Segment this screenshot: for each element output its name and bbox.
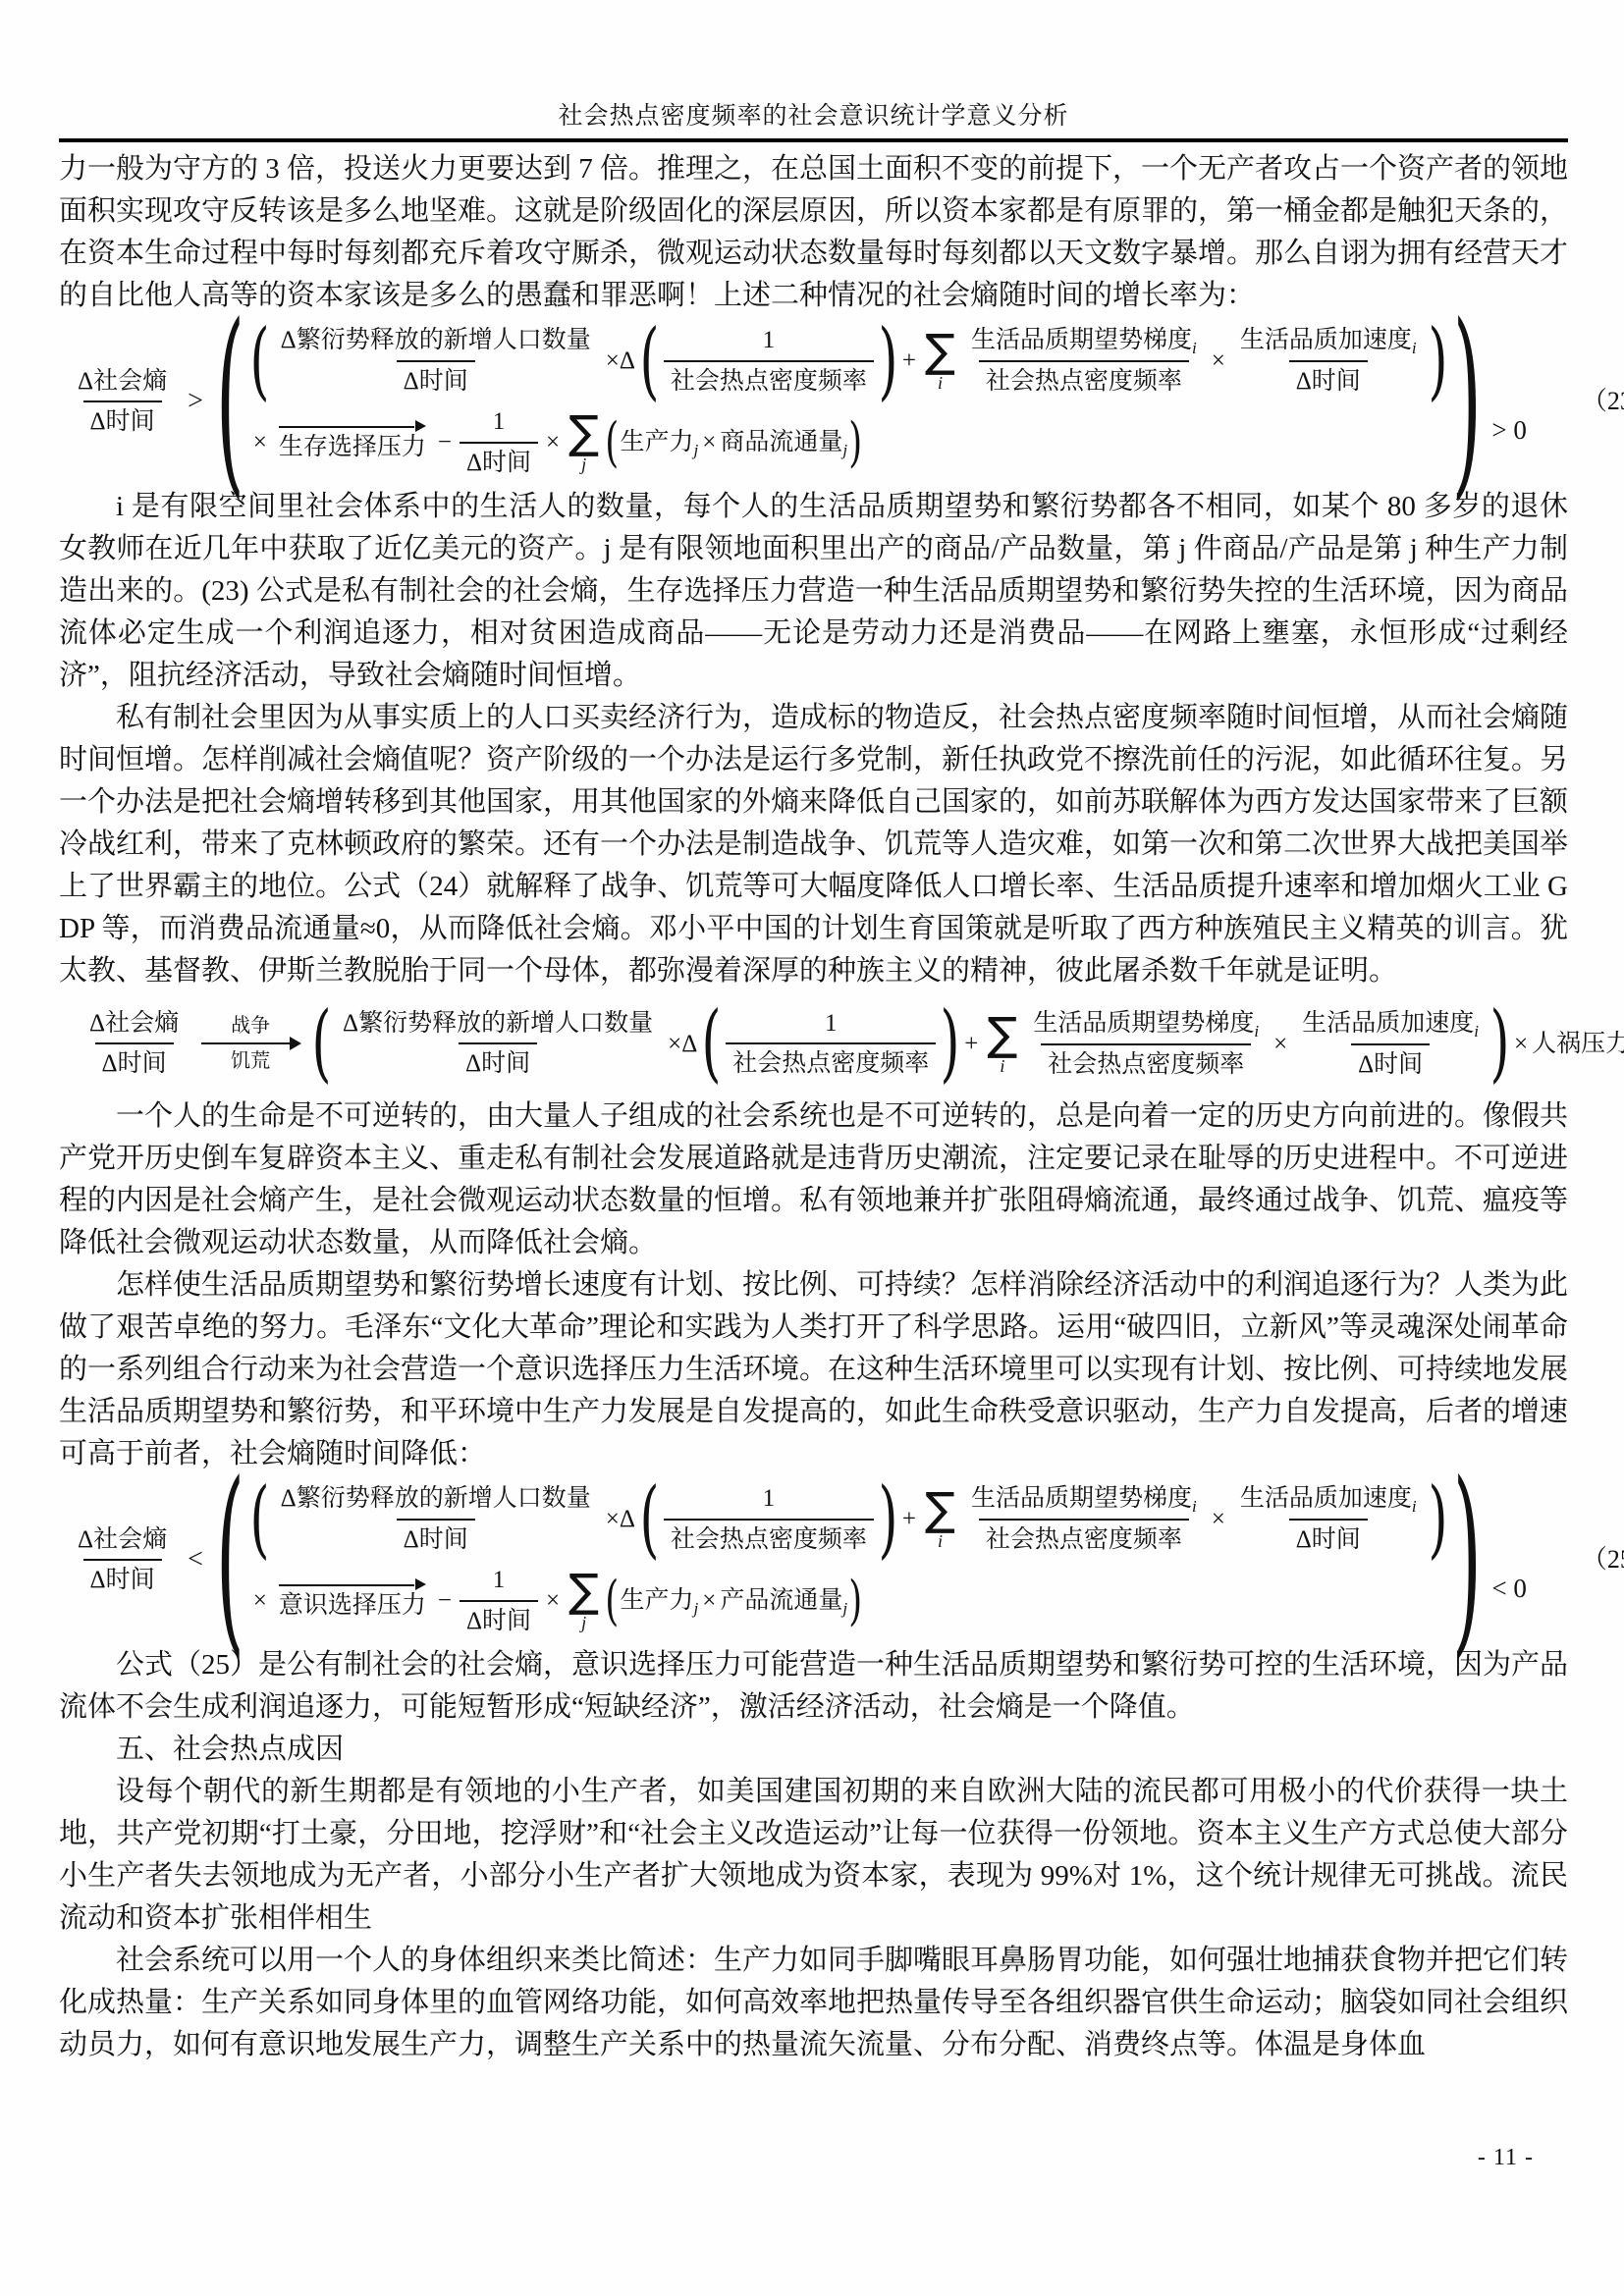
parenthesis: (	[639, 318, 659, 402]
parenthesis: (	[249, 318, 269, 402]
formula-term: 人祸压力	[1532, 1029, 1624, 1059]
fraction: 1社会热点密度频率	[664, 325, 874, 397]
relation-result: > 0	[1491, 414, 1526, 448]
parenthesis: )	[848, 415, 862, 469]
fraction: Δ繁衍势释放的新增人口数量Δ时间	[336, 1008, 660, 1080]
summation: ∑i	[925, 330, 955, 393]
fraction-denominator: Δ时间	[397, 360, 475, 397]
operator: +	[902, 346, 916, 376]
formula-25: Δ社会熵Δ时间<((Δ繁衍势释放的新增人口数量Δ时间×Δ(1社会热点密度频率)+…	[67, 1483, 1568, 1636]
operator: ×	[253, 1585, 267, 1616]
fraction: 1Δ时间	[460, 406, 538, 478]
subscript: i	[1412, 339, 1417, 357]
summation: ∑j	[568, 1570, 599, 1632]
fraction-denominator: 社会热点密度频率	[1041, 1043, 1251, 1080]
operator: +	[902, 1504, 916, 1534]
parenthesis: (	[249, 1476, 269, 1561]
paragraph-3: 私有制社会里因为从事实质上的人口买卖经济行为，造成标的物造反，社会热点密度频率随…	[59, 697, 1568, 992]
subscript: i	[1254, 1022, 1259, 1041]
document-body: 力一般为守方的 3 倍，投送火力更要达到 7 倍。推理之，在总国土面积不变的前提…	[59, 142, 1568, 2066]
operator: ×	[702, 1585, 716, 1616]
section-heading: 五、社会热点成因	[59, 1729, 1568, 1771]
fraction: Δ社会熵Δ时间	[71, 1524, 174, 1596]
paragraph-1: 力一般为守方的 3 倍，投送火力更要达到 7 倍。推理之，在总国土面积不变的前提…	[59, 148, 1568, 317]
fraction-numerator: 1	[756, 325, 783, 359]
operator: ×Δ	[668, 1029, 697, 1059]
formula-term: 生产力j	[621, 1585, 699, 1617]
formula-row: (Δ繁衍势释放的新增人口数量Δ时间×Δ(1社会热点密度频率)+∑i生活品质期望势…	[249, 1483, 1448, 1555]
operator: ×	[1273, 1029, 1287, 1059]
fraction-denominator: Δ时间	[1351, 1043, 1430, 1080]
subscript: j	[694, 441, 699, 459]
fraction-denominator: Δ时间	[397, 1519, 475, 1555]
fraction-denominator: 社会热点密度频率	[979, 1519, 1189, 1555]
fraction-numerator: 生活品质期望势梯度i	[964, 325, 1204, 360]
parenthesis: (	[605, 1574, 619, 1628]
subscript: i	[1474, 1022, 1479, 1041]
parenthesis: )	[1452, 1459, 1481, 1661]
fraction-numerator: 生活品质期望势梯度i	[1026, 1008, 1266, 1043]
fraction-numerator: 生活品质加速度i	[1233, 325, 1424, 360]
formula-row: ×意识选择压力−1Δ时间×∑j(生产力j×产品流通量j)	[249, 1565, 864, 1636]
summation-index: i	[1000, 1057, 1004, 1075]
operator: ×	[253, 427, 267, 457]
parenthesis: (	[605, 415, 619, 469]
summation-index: j	[581, 455, 586, 473]
relation-symbol: >	[188, 384, 203, 418]
parenthesis: )	[1489, 1001, 1509, 1086]
relation-result: < 0	[1491, 1573, 1526, 1606]
fraction-numerator: 生活品质期望势梯度i	[964, 1483, 1204, 1519]
operator: ×	[1212, 1504, 1225, 1534]
operator: ×	[546, 427, 560, 457]
parenthesis: (	[312, 1001, 332, 1086]
sigma-symbol: ∑	[568, 411, 599, 454]
page-content: 社会热点密度频率的社会意识统计学意义分析 力一般为守方的 3 倍，投送火力更要达…	[0, 0, 1624, 2066]
fraction-denominator: Δ时间	[459, 1042, 537, 1079]
running-title: 社会热点密度频率的社会意识统计学意义分析	[59, 0, 1568, 132]
parenthesis: )	[848, 1574, 862, 1628]
labeled-arrow: 战争饥荒	[201, 1014, 299, 1073]
fraction-numerator: Δ繁衍势释放的新增人口数量	[336, 1008, 660, 1042]
page-header: 社会热点密度频率的社会意识统计学意义分析	[59, 0, 1568, 142]
fraction-numerator: Δ社会熵	[71, 1524, 174, 1559]
sigma-symbol: ∑	[925, 330, 955, 373]
operator: ×Δ	[606, 1504, 635, 1534]
paragraph-2: i 是有限空间里社会体系中的生活人的数量，每个人的生活品质期望势和繁衍势都各不相…	[59, 486, 1568, 697]
document-page: 社会热点密度频率的社会意识统计学意义分析 力一般为守方的 3 倍，投送火力更要达…	[0, 0, 1624, 2296]
fraction: 1Δ时间	[460, 1565, 538, 1636]
vector-term: 意识选择压力	[279, 1580, 426, 1621]
parenthesis: )	[1428, 1476, 1447, 1561]
fraction-numerator: 生活品质加速度i	[1295, 1008, 1486, 1043]
formula-row: (Δ繁衍势释放的新增人口数量Δ时间×Δ(1社会热点密度频率)+∑i生活品质期望势…	[249, 325, 1448, 397]
parenthesis: )	[941, 1001, 960, 1086]
fraction: Δ繁衍势释放的新增人口数量Δ时间	[274, 1483, 598, 1555]
fraction-denominator: 社会热点密度频率	[979, 360, 1189, 397]
fraction-numerator: Δ社会熵	[82, 1008, 186, 1042]
sigma-symbol: ∑	[987, 1013, 1017, 1056]
sigma-symbol: ∑	[568, 1570, 599, 1613]
fraction: 生活品质加速度iΔ时间	[1295, 1008, 1486, 1080]
paragraph-8: 社会系统可以用一个人的身体组织来类比简述：生产力如同手脚嘴眼耳鼻肠胃功能，如何强…	[59, 1940, 1568, 2066]
fraction: 生活品质期望势梯度i社会热点密度频率	[964, 325, 1204, 397]
paragraph-6: 公式（25）是公有制社会的社会熵，意识选择压力可能营造一种生活品质期望势和繁衍势…	[59, 1644, 1568, 1729]
fraction-denominator: Δ时间	[1289, 360, 1368, 397]
formula-row: ×生存选择压力−1Δ时间×∑j(生产力j×商品流通量j)	[249, 406, 864, 478]
operator: ×	[1514, 1029, 1528, 1059]
fraction-denominator: Δ时间	[1289, 1519, 1368, 1555]
fraction-denominator: 社会热点密度频率	[726, 1042, 936, 1079]
formula-term: 商品流通量j	[720, 427, 847, 458]
fraction-denominator: 社会热点密度频率	[664, 360, 874, 397]
parenthesis: )	[1452, 300, 1481, 503]
equation-number: （23）	[1582, 386, 1624, 418]
fraction-numerator: Δ繁衍势释放的新增人口数量	[274, 325, 598, 359]
parenthesis: (	[216, 1459, 244, 1661]
parenthesis: )	[1428, 318, 1447, 402]
fraction-numerator: 1	[486, 1565, 513, 1599]
fraction: Δ繁衍势释放的新增人口数量Δ时间	[274, 325, 598, 397]
operator: −	[438, 1585, 452, 1616]
subscript: j	[842, 441, 847, 459]
fraction-denominator: Δ时间	[83, 400, 162, 437]
fraction: 1社会热点密度频率	[726, 1008, 936, 1080]
arrow-label-bottom: 饥荒	[231, 1049, 270, 1073]
subscript: i	[1192, 1497, 1197, 1516]
fraction-denominator: 社会热点密度频率	[664, 1519, 874, 1555]
summation: ∑i	[925, 1488, 955, 1551]
fraction: Δ社会熵Δ时间	[71, 366, 174, 438]
fraction-denominator: Δ时间	[95, 1042, 174, 1079]
operator: ×Δ	[606, 346, 635, 376]
formula-23: Δ社会熵Δ时间>((Δ繁衍势释放的新增人口数量Δ时间×Δ(1社会热点密度频率)+…	[67, 325, 1568, 478]
parenthesis: )	[878, 1476, 897, 1561]
arrow-label-top: 战争	[231, 1014, 270, 1038]
fraction-numerator: Δ社会熵	[71, 366, 174, 400]
fraction-numerator: 生活品质加速度i	[1233, 1483, 1424, 1519]
equation-number: （25）	[1582, 1544, 1624, 1576]
subscript: j	[694, 1599, 699, 1618]
parenthesis: )	[878, 318, 897, 402]
page-number: - 11 -	[1478, 2145, 1534, 2170]
formula-stack: (Δ繁衍势释放的新增人口数量Δ时间×Δ(1社会热点密度频率)+∑i生活品质期望势…	[249, 325, 1448, 478]
formula-term: 产品流通量j	[720, 1585, 847, 1617]
summation-index: i	[938, 1532, 943, 1550]
fraction-numerator: 1	[818, 1008, 844, 1042]
formula-stack: (Δ繁衍势释放的新增人口数量Δ时间×Δ(1社会热点密度频率)+∑i生活品质期望势…	[249, 1483, 1448, 1636]
operator: ×	[546, 1585, 560, 1616]
subscript: i	[1412, 1497, 1417, 1516]
operator: +	[964, 1029, 978, 1059]
parenthesis: (	[639, 1476, 659, 1561]
operator: ×	[1212, 346, 1225, 376]
paragraph-7: 设每个朝代的新生期都是有领地的小生产者，如美国建国初期的来自欧洲大陆的流民都可用…	[59, 1771, 1568, 1940]
fraction-numerator: 1	[486, 406, 513, 441]
page-footer: - 11 -	[1478, 2145, 1534, 2171]
subscript: j	[842, 1599, 847, 1618]
fraction-denominator: Δ时间	[460, 1600, 538, 1636]
summation-index: j	[581, 1614, 586, 1631]
arrow-shaft	[201, 1042, 299, 1044]
paragraph-4: 一个人的生命是不可逆转的，由大量人子组成的社会系统也是不可逆转的，总是向着一定的…	[59, 1095, 1568, 1264]
fraction-numerator: 1	[756, 1483, 783, 1518]
summation: ∑i	[987, 1013, 1017, 1076]
fraction-numerator: Δ繁衍势释放的新增人口数量	[274, 1483, 598, 1518]
operator: ×	[702, 427, 716, 457]
vector-term: 生存选择压力	[279, 422, 426, 462]
formula-24: Δ社会熵Δ时间战争饥荒(Δ繁衍势释放的新增人口数量Δ时间×Δ(1社会热点密度频率…	[79, 1008, 1568, 1080]
subscript: i	[1192, 339, 1197, 357]
fraction: 生活品质期望势梯度i社会热点密度频率	[964, 1483, 1204, 1555]
fraction: Δ社会熵Δ时间	[82, 1008, 186, 1080]
summation: ∑j	[568, 411, 599, 474]
operator: −	[438, 427, 452, 457]
fraction-denominator: Δ时间	[460, 442, 538, 478]
fraction-denominator: Δ时间	[83, 1559, 162, 1595]
paragraph-5: 怎样使生活品质期望势和繁衍势增长速度有计划、按比例、可持续？怎样消除经济活动中的…	[59, 1264, 1568, 1475]
summation-index: i	[938, 374, 943, 392]
fraction: 1社会热点密度频率	[664, 1483, 874, 1555]
formula-term: 生产力j	[621, 427, 699, 458]
parenthesis: (	[702, 1001, 722, 1086]
sigma-symbol: ∑	[925, 1488, 955, 1531]
fraction: 生活品质加速度iΔ时间	[1233, 325, 1424, 397]
fraction: 生活品质期望势梯度i社会热点密度频率	[1026, 1008, 1266, 1080]
relation-symbol: <	[188, 1542, 203, 1576]
parenthesis: (	[216, 300, 244, 503]
fraction: 生活品质加速度iΔ时间	[1233, 1483, 1424, 1555]
